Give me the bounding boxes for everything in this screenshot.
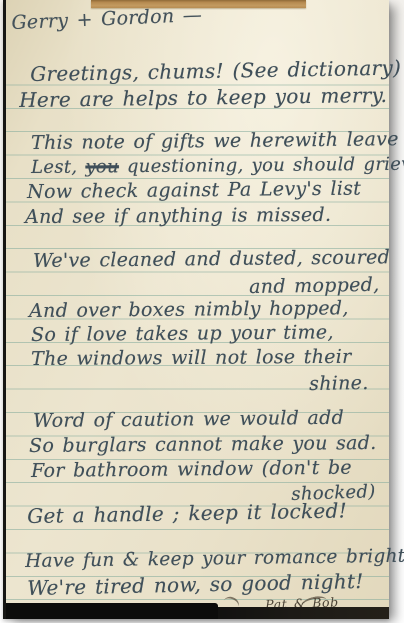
poem-line: This note of gifts we herewith leave xyxy=(31,128,399,154)
photo-left-dark-edge xyxy=(3,0,6,619)
poem-line: Get a handle ; keep it locked! xyxy=(27,498,347,528)
note-photo-scan: Gerry + Gordon — Greetings, chums! (See … xyxy=(0,0,404,623)
poem-line: The windows will not lose their xyxy=(31,346,352,370)
line-post: questioning, you should grieve. xyxy=(119,154,404,178)
poem-line: And see if anything is missed. xyxy=(25,204,331,228)
photo-bottom-dark-band-left xyxy=(3,603,218,619)
poem-line: shine. xyxy=(309,372,369,395)
poem-line: Have fun & keep your romance bright. xyxy=(25,546,404,572)
poem-line: We've cleaned and dusted, scoured xyxy=(33,246,390,272)
lined-paper: Gerry + Gordon — Greetings, chums! (See … xyxy=(3,0,389,619)
line-pre: Lest, xyxy=(31,157,86,178)
poem-line: Here are helps to keep you merry. xyxy=(19,83,387,112)
poem-line: And over boxes nimbly hopped, xyxy=(29,297,349,322)
poem-line: Word of caution we would add xyxy=(33,407,344,432)
poem-line: So if love takes up your time, xyxy=(31,321,334,346)
poem-line: For bathroom window (don't be xyxy=(31,457,352,482)
struck-word: you xyxy=(85,156,119,177)
poem-line: Now check against Pa Levy's list xyxy=(27,178,361,203)
salutation: Gerry + Gordon — xyxy=(11,4,202,34)
poem-line: So burglars cannot make you sad. xyxy=(29,432,377,457)
poem-line: and mopped, xyxy=(249,274,380,298)
poem-line: Greetings, chums! (See dictionary) xyxy=(30,56,401,86)
poem-line-with-strikethrough: Lest, you questioning, you should grieve… xyxy=(31,154,404,178)
